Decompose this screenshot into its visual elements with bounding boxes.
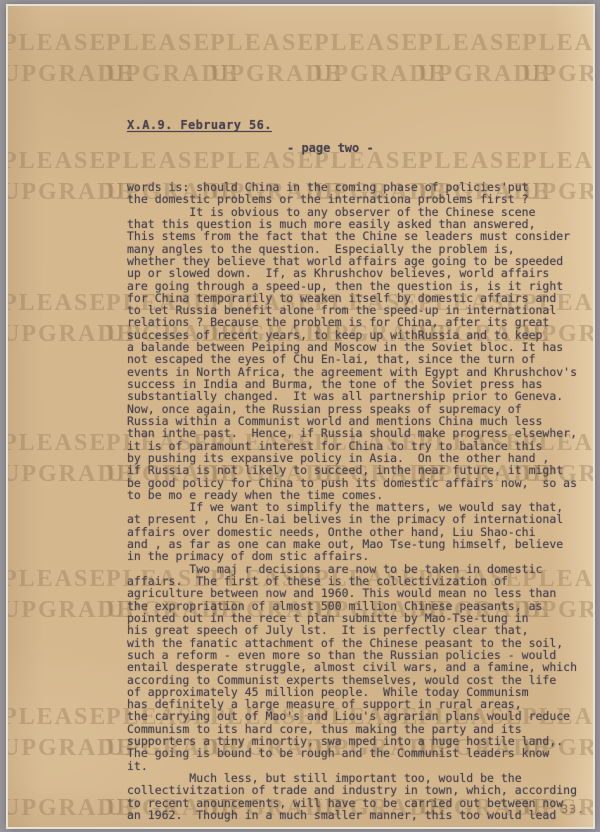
- watermark-text: PLEASEUPGRADE: [418, 28, 522, 90]
- watermark-text: PLEASEUPGRADE: [8, 702, 106, 764]
- watermark-text: PLEASEUPGRADE: [8, 28, 106, 90]
- watermark-text: PLEASEUPGRADE: [8, 564, 106, 626]
- watermark-text: PLEASEUPGRADE: [314, 28, 418, 90]
- paper: PLEASEUPGRADEPLEASEUPGRADEPLEASEUPGRADEP…: [8, 6, 593, 827]
- body-text: words is: should China in the coming pha…: [127, 181, 577, 821]
- watermark-text: PLEASEUPGRADE: [210, 28, 314, 90]
- scan-background: { "header": { "reference": "X.A.9. Febru…: [0, 0, 600, 832]
- document-content: X.A.9. February 56. - page two - words i…: [127, 118, 577, 821]
- watermark-text: PLEASEUPGRADE: [8, 428, 106, 490]
- watermark-text: PLEASEUPGRADE: [106, 28, 210, 90]
- page-number: 33.: [561, 802, 585, 816]
- watermark-row: PLEASEUPGRADEPLEASEUPGRADEPLEASEUPGRADEP…: [8, 28, 593, 90]
- page-label: - page two -: [287, 141, 577, 155]
- watermark-text: PLEASEUPGRADE: [522, 28, 593, 90]
- watermark-text: PLEASEUPGRADE: [8, 146, 106, 208]
- watermark-text: PLEASEUPGRADE: [8, 288, 106, 350]
- watermark-text: UPGRADE: [8, 793, 106, 824]
- document-reference: X.A.9. February 56.: [127, 118, 577, 132]
